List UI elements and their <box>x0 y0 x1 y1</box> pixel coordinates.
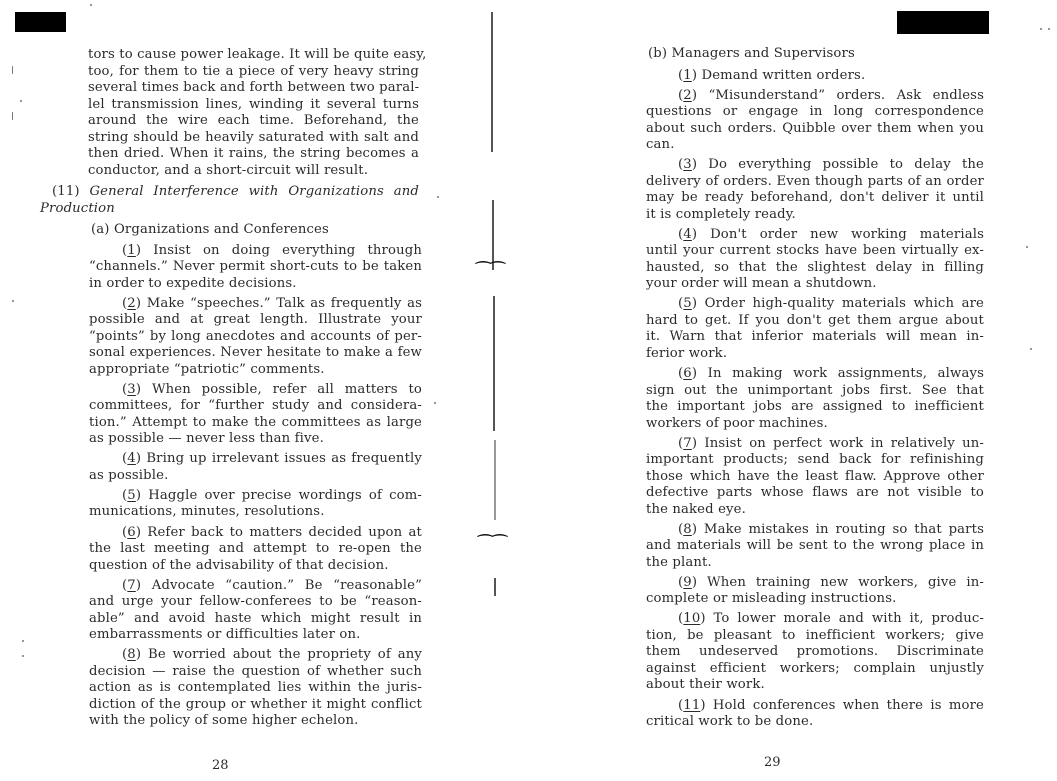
item-text: Demand written orders. <box>701 68 865 83</box>
item-line: workers of poor machines. <box>646 416 984 432</box>
paragraph-line: conductor, and a short-circuit will resu… <box>88 163 419 179</box>
item-text: Make mistakes in routing so that parts <box>704 522 984 537</box>
item-number: (2) <box>122 296 147 311</box>
scan-speck <box>1040 28 1042 30</box>
item-line: those which have the least flaw. Approve… <box>646 469 984 485</box>
item-line: your order will mean a shutdown. <box>646 276 984 292</box>
item-line: about such orders. Quibble over them whe… <box>646 121 984 137</box>
item-text: Haggle over precise wordings of com- <box>148 488 422 503</box>
scan-speck <box>434 402 436 404</box>
gutter-line <box>494 440 496 520</box>
item-text: To lower morale and with it, produc- <box>714 611 985 626</box>
item-number: (1) <box>678 68 701 83</box>
item-line: (1) Demand written orders. <box>678 68 984 84</box>
item-number: (6) <box>678 366 708 381</box>
item-line: sign out the unimportant jobs first. See… <box>646 383 984 399</box>
item-line: and urge your fellow-conferees to be “re… <box>89 594 422 610</box>
item-line: the naked eye. <box>646 502 984 518</box>
item-line: important products; send back for refini… <box>646 452 984 468</box>
item-line: sonal experiences. Never hesitate to mak… <box>89 345 422 361</box>
item-number: (4) <box>122 451 146 466</box>
redaction-block-left <box>15 12 66 32</box>
item-line: (2) Make “speeches.” Talk as frequently … <box>122 296 422 312</box>
scan-speck <box>12 300 14 302</box>
item-line: can. <box>646 137 984 153</box>
item-line: (4) Don't order new working materials <box>678 227 984 243</box>
item-line: and materials will be sent to the wrong … <box>646 538 984 554</box>
item-line: (8) Make mistakes in routing so that par… <box>678 522 984 538</box>
scan-speck <box>20 100 22 102</box>
gutter-line <box>491 12 493 152</box>
item-line: “points” by long anecdotes and accounts … <box>89 329 422 345</box>
item-text: Insist on doing everything through <box>153 243 422 258</box>
scan-speck <box>22 655 24 657</box>
scan-speck <box>12 66 13 74</box>
item-line: decision — raise the question of whether… <box>89 664 422 680</box>
item-number: (3) <box>122 382 152 397</box>
item-line: the last meeting and attempt to re-open … <box>89 541 422 557</box>
scan-speck <box>1030 348 1032 350</box>
item-number: (6) <box>122 525 147 540</box>
redaction-block-right <box>897 11 989 34</box>
item-text: Refer back to matters decided upon at <box>147 525 422 540</box>
item-number: (3) <box>678 157 708 172</box>
item-line: it is completely ready. <box>646 207 984 223</box>
item-number: (10) <box>678 611 714 626</box>
gutter-line <box>492 200 494 270</box>
scan-speck <box>437 196 439 198</box>
section-title-cont: Production <box>40 201 115 217</box>
item-text: Advocate “caution.” Be “reasonable” <box>152 578 422 593</box>
item-line: committees, for “further study and consi… <box>89 398 422 414</box>
item-line: defective parts whose flaws are not visi… <box>646 485 984 501</box>
item-text: Be worried about the propriety of any <box>148 647 422 662</box>
item-line: tion, be pleasant to inefficient workers… <box>646 628 984 644</box>
item-number: (7) <box>122 578 152 593</box>
gutter-line <box>494 578 496 596</box>
item-line: tion.” Attempt to make the committees as… <box>89 415 422 431</box>
item-line: complete or misleading instructions. <box>646 591 984 607</box>
item-line: (3) Do everything possible to delay the <box>678 157 984 173</box>
scan-speck <box>1026 246 1028 248</box>
item-line: the plant. <box>646 555 984 571</box>
binding-mark-icon: ⁀⁀ <box>476 262 505 283</box>
item-text: Make “speeches.” Talk as frequently as <box>147 296 422 311</box>
scan-speck <box>22 640 24 642</box>
item-number: (5) <box>678 296 705 311</box>
item-line: (7) Insist on perfect work in relatively… <box>678 436 984 452</box>
scan-speck <box>90 4 92 6</box>
item-line: question of the advisability of that dec… <box>89 558 422 574</box>
item-text: When training new workers, give in- <box>707 575 984 590</box>
item-line: (1) Insist on doing everything through <box>122 243 422 259</box>
item-line: may be ready beforehand, don't deliver i… <box>646 190 984 206</box>
item-line: embarrassments or difficulties later on. <box>89 627 422 643</box>
paragraph-line: around the wire each time. Beforehand, t… <box>88 113 419 129</box>
binding-mark-icon: ⁀⁀ <box>478 535 507 556</box>
item-line: them undeserved promotions. Discriminate <box>646 644 984 660</box>
item-line: hard to get. If you don't get them argue… <box>646 313 984 329</box>
section-heading: (11) General Interference with Organizat… <box>52 184 419 200</box>
item-number: (1) <box>122 243 153 258</box>
item-line: diction of the group or whether it might… <box>89 697 422 713</box>
scan-speck <box>12 112 13 120</box>
item-line: (2) “Misunderstand” orders. Ask endless <box>678 88 984 104</box>
item-line: able” and avoid haste which might result… <box>89 611 422 627</box>
paragraph-line: tors to cause power leakage. It will be … <box>88 47 419 63</box>
item-line: critical work to be done. <box>646 714 984 730</box>
item-line: against efficient workers; complain unju… <box>646 661 984 677</box>
item-line: about their work. <box>646 677 984 693</box>
gutter-line <box>493 296 495 431</box>
item-line: (9) When training new workers, give in- <box>678 575 984 591</box>
section-number: (11) <box>52 184 90 199</box>
item-line: as possible. <box>89 468 422 484</box>
item-line: ferior work. <box>646 346 984 362</box>
item-line: “channels.” Never permit short-cuts to b… <box>89 259 422 275</box>
item-line: delivery of orders. Even though parts of… <box>646 174 984 190</box>
item-number: (5) <box>122 488 148 503</box>
item-line: the important jobs are assigned to ineff… <box>646 399 984 415</box>
item-line: (4) Bring up irrelevant issues as freque… <box>122 451 422 467</box>
subsection-heading: (b) Managers and Supervisors <box>648 46 855 62</box>
item-line: (10) To lower morale and with it, produc… <box>678 611 984 627</box>
item-number: (8) <box>122 647 148 662</box>
item-text: Do everything possible to delay the <box>708 157 984 172</box>
scan-speck <box>1048 28 1050 30</box>
item-line: munications, minutes, resolutions. <box>89 504 422 520</box>
subsection-heading: (a) Organizations and Conferences <box>91 222 329 238</box>
item-text: Insist on perfect work in relatively un- <box>704 436 984 451</box>
paragraph-line: then dried. When it rains, the string be… <box>88 146 419 162</box>
section-title: General Interference with Organizations … <box>90 184 420 199</box>
item-line: possible and at great length. Illustrate… <box>89 312 422 328</box>
item-line: (5) Haggle over precise wordings of com- <box>122 488 422 504</box>
page-number: 29 <box>764 755 781 770</box>
paragraph-line: lel transmission lines, winding it sever… <box>88 97 419 113</box>
page-number: 28 <box>212 758 229 773</box>
item-line: (11) Hold conferences when there is more <box>678 698 984 714</box>
item-text: When possible, refer all matters to <box>152 382 422 397</box>
item-number: (2) <box>678 88 708 103</box>
item-line: in order to expedite decisions. <box>89 276 422 292</box>
item-line: (3) When possible, refer all matters to <box>122 382 422 398</box>
item-line: appropriate “patriotic” comments. <box>89 362 422 378</box>
item-text: “Misunderstand” orders. Ask endless <box>708 88 984 103</box>
item-text: In making work assignments, always <box>708 366 984 381</box>
item-line: (6) In making work assignments, always <box>678 366 984 382</box>
item-number: (4) <box>678 227 710 242</box>
item-text: Don't order new working materials <box>710 227 984 242</box>
item-text: Bring up irrelevant issues as frequently <box>146 451 422 466</box>
item-line: until your current stocks have been virt… <box>646 243 984 259</box>
item-line: as possible — never less than five. <box>89 431 422 447</box>
item-line: (7) Advocate “caution.” Be “reasonable” <box>122 578 422 594</box>
item-line: (5) Order high-quality materials which a… <box>678 296 984 312</box>
item-line: action as is contemplated lies within th… <box>89 680 422 696</box>
item-number: (11) <box>678 698 713 713</box>
item-number: (9) <box>678 575 707 590</box>
item-line: it. Warn that inferior materials will me… <box>646 329 984 345</box>
item-line: (6) Refer back to matters decided upon a… <box>122 525 422 541</box>
item-line: hausted, so that the slightest delay in … <box>646 260 984 276</box>
paragraph-line: too, for them to tie a piece of very hea… <box>88 64 419 80</box>
paragraph-line: several times back and forth between two… <box>88 80 419 96</box>
item-line: questions or engage in long corresponden… <box>646 104 984 120</box>
item-text: Hold conferences when there is more <box>713 698 984 713</box>
item-number: (8) <box>678 522 704 537</box>
paragraph-line: string should be heavily saturated with … <box>88 130 419 146</box>
item-number: (7) <box>678 436 704 451</box>
item-text: Order high-quality materials which are <box>705 296 984 311</box>
item-line: with the policy of some higher echelon. <box>89 713 422 729</box>
item-line: (8) Be worried about the propriety of an… <box>122 647 422 663</box>
